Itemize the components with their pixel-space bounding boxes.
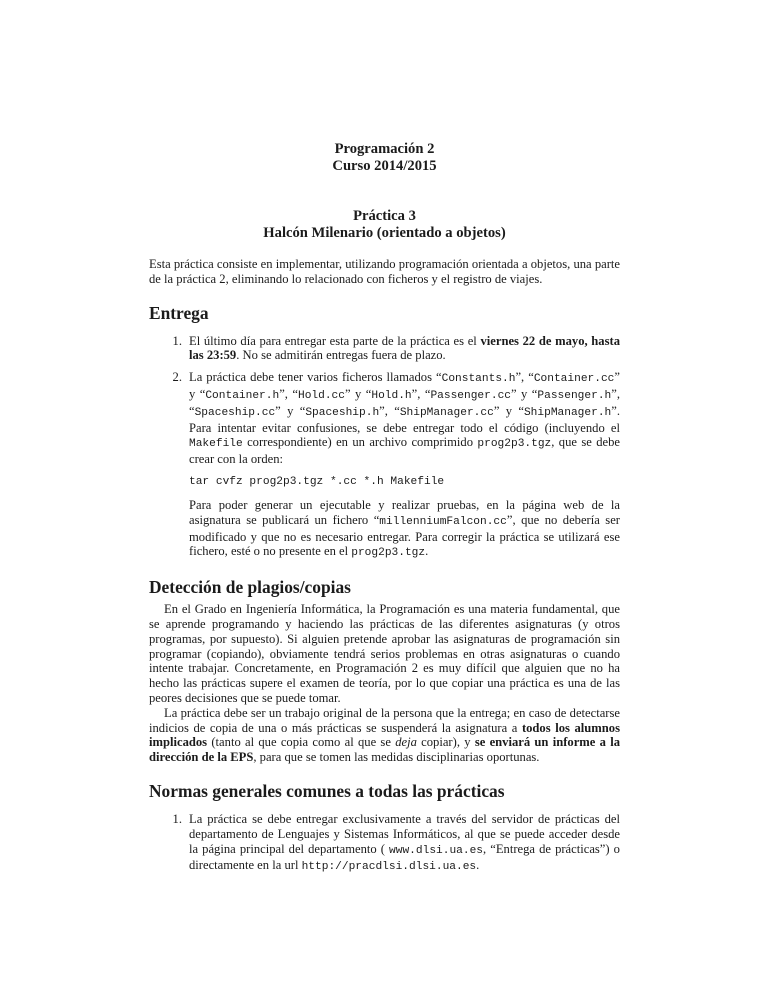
practice-number: Práctica 3: [149, 208, 620, 225]
archive-name: prog2p3.tgz: [351, 547, 425, 559]
plagios-paragraph-2: La práctica debe ser un trabajo original…: [149, 706, 620, 765]
deja-italic-text: deja: [395, 735, 417, 749]
course-name: Programación 2: [149, 141, 620, 158]
filename-spaceship-h: Spaceship.h: [305, 407, 379, 419]
plagios-paragraph-1: En el Grado en Ingeniería Informática, l…: [149, 602, 620, 706]
filename-container-cc: Container.cc: [534, 373, 615, 385]
item-number: 1.: [149, 334, 189, 364]
plagios-text-1: En el Grado en Ingeniería Informática, l…: [149, 602, 620, 705]
submission-url: http://pracdlsi.dlsi.ua.es: [302, 861, 477, 873]
entrega-list-item-2: 2. La práctica debe tener varios fichero…: [149, 370, 620, 561]
item-body: El último día para entregar esta parte d…: [189, 334, 620, 364]
text-run: correspondiente) en un archivo comprimid…: [243, 435, 478, 449]
text-run: , para que se tomen las medidas discipli…: [253, 750, 539, 764]
executable-paragraph: Para poder generar un ejecutable y reali…: [189, 498, 620, 561]
text-run: ”, “: [379, 404, 400, 418]
filename-hold-cc: Hold.cc: [298, 390, 345, 402]
course-title-block: Programación 2 Curso 2014/2015: [149, 141, 620, 175]
text-run: ” y “: [511, 387, 537, 401]
text-run: ”, “: [412, 387, 431, 401]
text-run: ” y “: [494, 404, 524, 418]
entrega-list: 1. El último día para entregar esta part…: [149, 334, 620, 562]
normas-list: 1. La práctica se debe entregar exclusiv…: [149, 812, 620, 875]
text-run: El último día para entregar esta parte d…: [189, 334, 480, 348]
filename-passenger-h: Passenger.h: [537, 390, 611, 402]
item-number: 1.: [149, 812, 189, 875]
section-heading-plagios: Detección de plagios/copias: [149, 577, 620, 597]
filename-spaceship-cc: Spaceship.cc: [195, 407, 276, 419]
text-run: ”, “: [515, 370, 533, 384]
course-year: Curso 2014/2015: [149, 158, 620, 175]
item-number: 2.: [149, 370, 189, 561]
department-url: www.dlsi.ua.es: [389, 845, 483, 857]
tar-command: tar cvfz prog2p3.tgz *.cc *.h Makefile: [189, 476, 620, 489]
text-run: La práctica debe tener varios ficheros l…: [189, 370, 442, 384]
filename-container-h: Container.h: [205, 390, 279, 402]
entrega-list-item-1: 1. El último día para entregar esta part…: [149, 334, 620, 364]
archive-name: prog2p3.tgz: [477, 438, 551, 450]
text-run: ” y “: [275, 404, 305, 418]
text-run: .: [476, 858, 479, 872]
filename-shipmanager-cc: ShipManager.cc: [400, 407, 494, 419]
document-page: Programación 2 Curso 2014/2015 Práctica …: [0, 0, 768, 994]
text-run: (tanto al que copia como al que se: [207, 735, 395, 749]
intro-text: Esta práctica consiste en implementar, u…: [149, 257, 620, 286]
section-heading-entrega: Entrega: [149, 303, 620, 323]
text-run: ” y “: [345, 387, 371, 401]
practice-title-block: Práctica 3 Halcón Milenario (orientado a…: [149, 208, 620, 242]
filename-constants-h: Constants.h: [442, 373, 516, 385]
text-run: . No se admitirán entregas fuera de plaz…: [236, 348, 445, 362]
normas-list-item-1: 1. La práctica se debe entregar exclusiv…: [149, 812, 620, 875]
practice-name: Halcón Milenario (orientado a objetos): [149, 225, 620, 242]
text-run: ”, “: [279, 387, 298, 401]
item-body: La práctica debe tener varios ficheros l…: [189, 370, 620, 561]
section-heading-normas: Normas generales comunes a todas las prá…: [149, 781, 620, 801]
document-content: Programación 2 Curso 2014/2015 Práctica …: [149, 0, 620, 875]
intro-paragraph: Esta práctica consiste en implementar, u…: [149, 257, 620, 287]
filename-passenger-cc: Passenger.cc: [430, 390, 511, 402]
filename-hold-h: Hold.h: [371, 390, 411, 402]
text-run: copiar), y: [417, 735, 475, 749]
filename-shipmanager-h: ShipManager.h: [524, 407, 611, 419]
item-body: La práctica se debe entregar exclusivame…: [189, 812, 620, 875]
filename-makefile: Makefile: [189, 438, 243, 450]
filename-millenniumfalcon-cc: millenniumFalcon.cc: [379, 516, 507, 528]
files-paragraph: La práctica debe tener varios ficheros l…: [189, 370, 620, 467]
text-run: .: [425, 544, 428, 558]
